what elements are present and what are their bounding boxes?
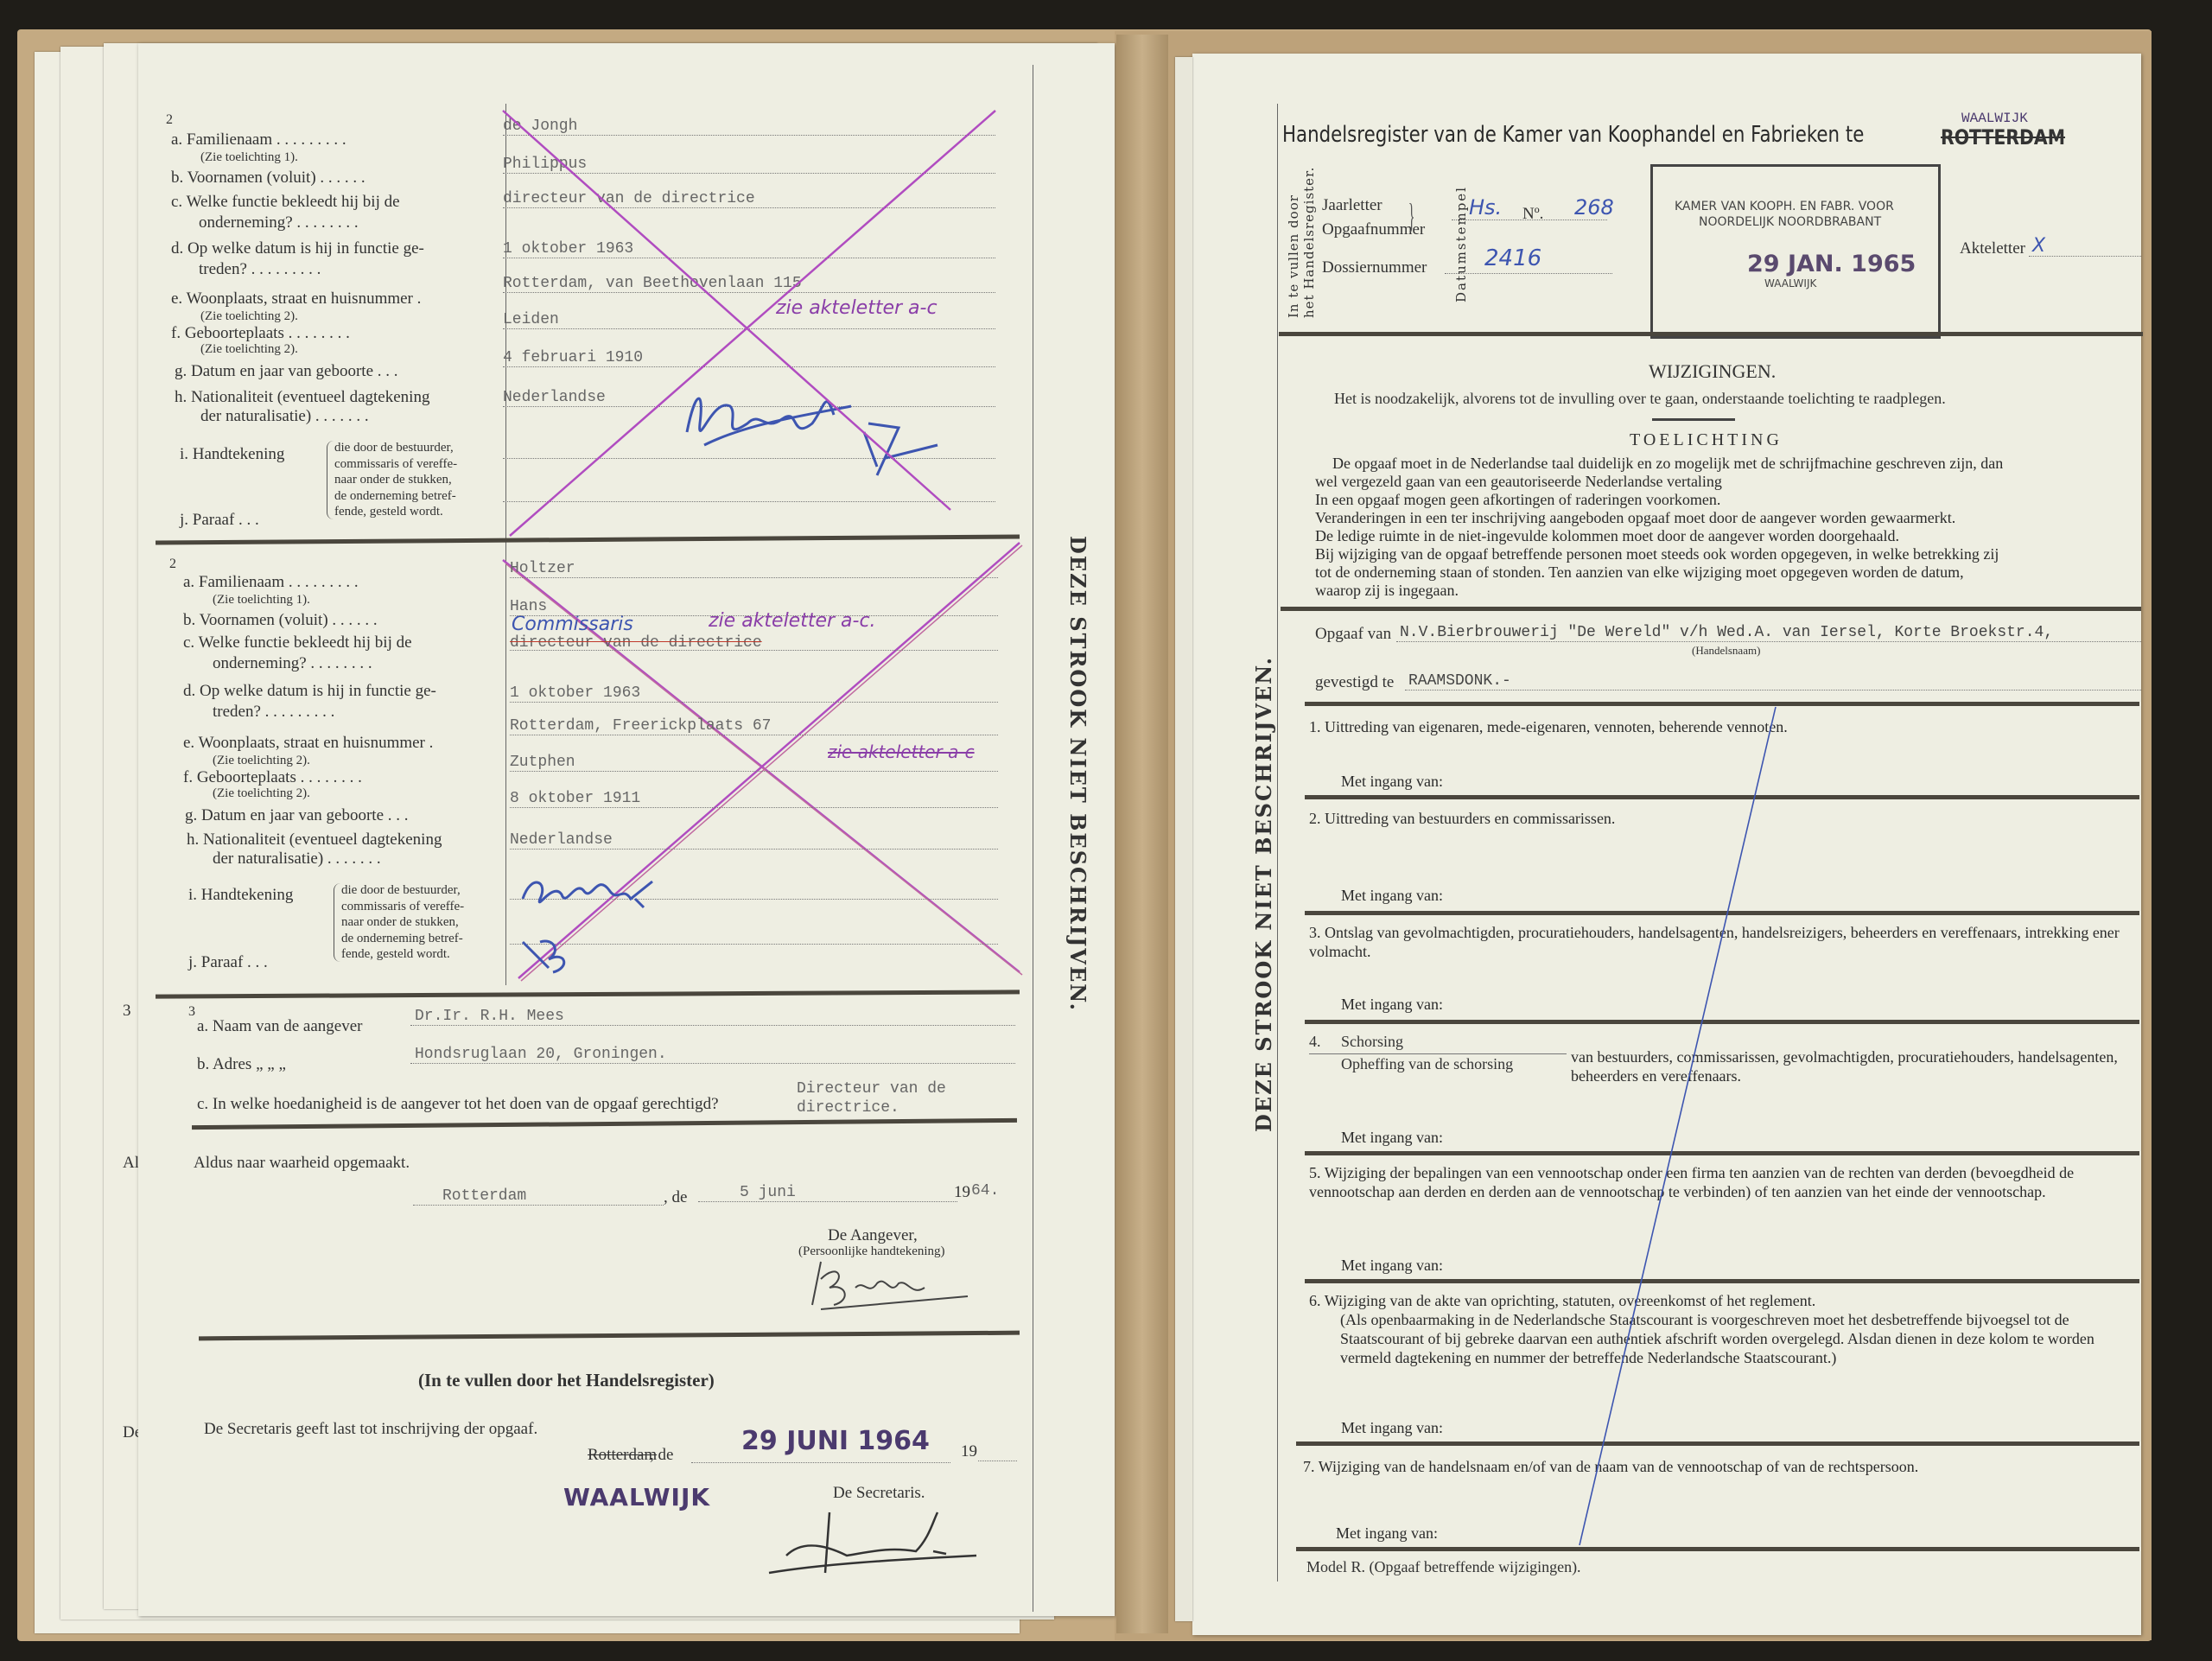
pen-strike-line — [0, 0, 2212, 1661]
